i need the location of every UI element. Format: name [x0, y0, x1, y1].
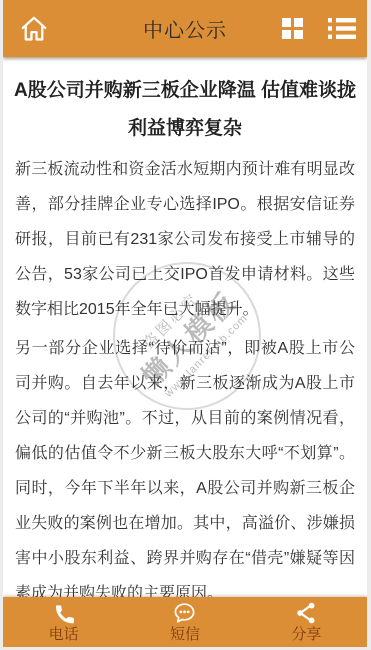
article-title: A股公司并购新三板企业降温 估值难谈拢利益博弈复杂	[11, 72, 359, 148]
share-icon	[294, 601, 318, 625]
footer-item-sms[interactable]: 短信	[124, 597, 245, 647]
footer-item-phone[interactable]: 电话	[3, 597, 124, 647]
sms-icon	[172, 601, 197, 625]
footer-bar: 电话 短信 分享	[3, 597, 367, 647]
footer-item-share[interactable]: 分享	[246, 597, 367, 647]
page: 中心公示 盗图必究 懒人模板 www.lanrenmb.c	[3, 0, 367, 647]
phone-icon	[52, 601, 76, 625]
page-title: 中心公示	[3, 0, 367, 57]
footer-item-label: 电话	[49, 626, 79, 643]
article-content: A股公司并购新三板企业降温 估值难谈拢利益博弈复杂 新三板流动性和资金活水短期内…	[3, 57, 367, 597]
list-icon	[328, 17, 356, 40]
grid-menu-button[interactable]	[282, 18, 303, 39]
article-paragraph: 另一部分企业选择“待价而沽”，即被A股上市公司并购。自去年以来，新三板逐渐成为A…	[15, 331, 355, 597]
article-paragraph: 新三板流动性和资金活水短期内预计难有明显改善，部分挂牌企业专心选择IPO。根据安…	[15, 152, 355, 327]
grid-icon	[282, 18, 303, 39]
footer-item-label: 短信	[170, 626, 200, 643]
list-menu-button[interactable]	[328, 17, 356, 40]
footer-item-label: 分享	[291, 626, 321, 643]
header-bar: 中心公示	[3, 0, 367, 57]
